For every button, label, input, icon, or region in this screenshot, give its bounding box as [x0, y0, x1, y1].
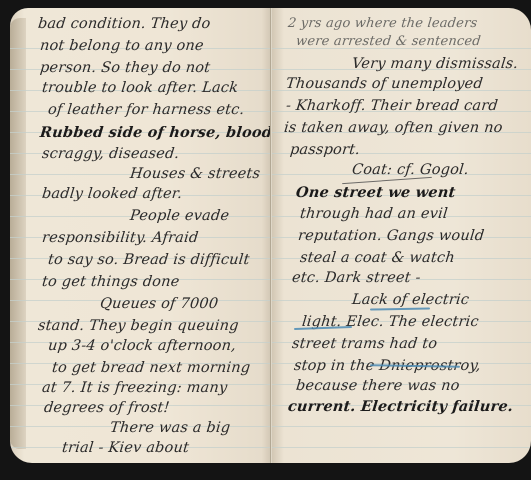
handwritten-line: to say so. Bread is difficult: [47, 252, 250, 268]
handwritten-line: were arrested & sentenced: [295, 34, 481, 49]
handwritten-line: trial - Kiev about: [61, 440, 190, 456]
handwritten-line: Rubbed side of horse, blood.: [39, 124, 272, 141]
handwritten-line: bad condition. They do: [37, 16, 211, 32]
handwritten-line: Queues of 7000: [99, 296, 219, 312]
handwritten-line: up 3-4 o'clock afternoon,: [47, 338, 237, 354]
handwritten-line: stand. They begin queuing: [37, 318, 239, 334]
handwritten-line: trouble to look after. Lack: [41, 80, 239, 96]
handwritten-line: 2 yrs ago where the leaders: [287, 16, 478, 31]
handwritten-line: person. So they do not: [39, 60, 211, 76]
handwritten-line: to get bread next morning: [51, 360, 251, 376]
notebook-spread: bad condition. They do not belong to any…: [10, 8, 531, 463]
handwritten-line: Houses & streets: [129, 166, 261, 182]
handwritten-line: through had an evil: [299, 206, 448, 222]
handwritten-line: current. Electricity failure.: [287, 398, 514, 415]
handwritten-line: One street we went: [295, 184, 456, 201]
handwritten-line: Lack of electric: [351, 292, 470, 308]
handwritten-line: is taken away, often given no: [283, 120, 503, 136]
handwritten-line: There was a big: [109, 420, 231, 436]
handwritten-line: etc. Dark street -: [291, 270, 421, 286]
handwritten-line: scraggy, diseased.: [41, 146, 180, 162]
handwritten-line: steal a coat & watch: [299, 250, 455, 266]
handwritten-line: Very many dismissals.: [351, 56, 519, 72]
handwritten-line: at 7. It is freezing: many: [41, 380, 228, 396]
right-page: 2 yrs ago where the leaders were arreste…: [272, 8, 531, 463]
handwritten-line: responsibility. Afraid: [41, 230, 199, 246]
left-page: bad condition. They do not belong to any…: [10, 8, 272, 463]
handwritten-line: not belong to any one: [39, 38, 204, 54]
handwritten-line: reputation. Gangs would: [297, 228, 485, 244]
handwritten-line: degrees of frost!: [43, 400, 170, 416]
handwritten-line: street trams had to: [291, 336, 438, 352]
handwritten-line: Thousands of unemployed: [285, 76, 484, 92]
handwritten-line: passport.: [289, 142, 361, 158]
handwritten-line: - Kharkoff. Their bread card: [285, 98, 499, 114]
handwritten-line: Coat: cf. Gogol.: [351, 162, 469, 178]
handwritten-line: badly looked after.: [41, 186, 183, 202]
handwritten-line: because there was no: [295, 378, 460, 394]
handwritten-line: People evade: [129, 208, 230, 224]
handwritten-line: to get things done: [41, 274, 180, 290]
handwritten-line: of leather for harness etc.: [47, 102, 245, 118]
